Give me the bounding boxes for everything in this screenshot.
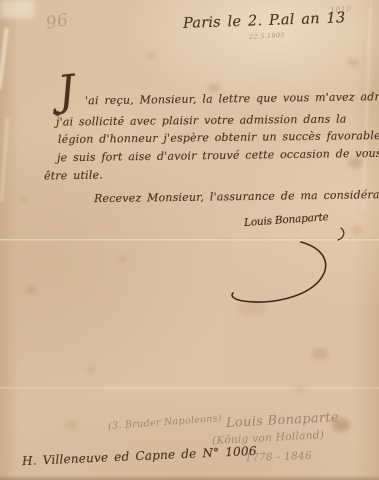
letter-page: 96 1010 Paris le 2. P.al an 13 22.5.1805… [0,0,379,480]
annotation-ink-note: H. Villeneuve ed Capne de N° 1006 [22,444,257,468]
signature: Louis Bonaparte [244,211,329,229]
stain [118,256,126,262]
stain [347,58,359,67]
body-line-4: je suis fort aise d'avoir trouvé cette o… [57,147,379,165]
body-line-2: j'ai sollicité avec plaisir votre admiss… [56,112,347,128]
fold-crease-lower [0,386,379,389]
left-torn-edge-highlight-2 [0,118,9,202]
left-torn-edge-highlight [0,28,9,90]
stain [296,386,304,392]
stain [20,196,27,202]
body-line-5: être utile. [44,168,103,182]
dateline: Paris le 2. P.al an 13 [183,10,346,32]
annotation-relation: (3. Bruder Napoleons) [108,413,222,432]
top-left-corner-light [0,0,34,18]
drop-initial: J [55,65,77,116]
stain [65,420,77,429]
annotation-name: Louis Bonaparte [226,410,340,431]
stain [146,52,156,59]
body-line-1: 'ai reçu, Monsieur, la lettre que vous m… [85,90,379,108]
closing-line: Recevez Monsieur, l'assurance de ma cons… [94,188,379,205]
pencil-gregorian-date: 22.5.1805 [249,31,285,41]
smudge [237,302,267,316]
stain [26,286,36,294]
catalog-number-top-left: 96 [44,10,69,34]
stain [312,348,328,360]
right-crease [362,0,371,210]
body-line-3: légion d'honneur j'espère obtenir un suc… [58,129,379,146]
fold-crease-upper [0,238,379,241]
annotation-dates: 1778 - 1846 [245,450,312,464]
stain [86,366,95,373]
stain [352,226,362,234]
bottom-edge-shadow [0,475,379,480]
stain [208,84,220,92]
